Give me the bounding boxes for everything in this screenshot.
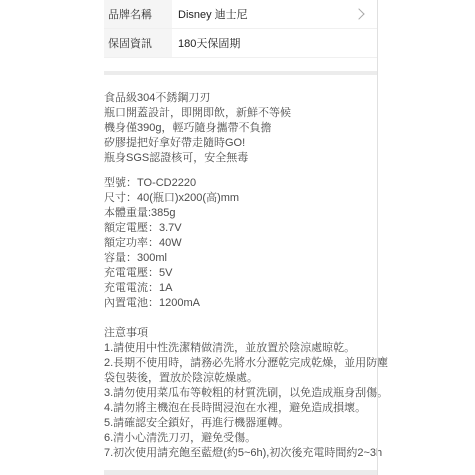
warranty-row: 保固資訊 180天保固期 [104,29,377,58]
spec-line: 型號：TO-CD2220 [104,176,377,191]
page-right-edge-divider [377,0,378,475]
brand-label: 品牌名稱 [104,0,172,28]
note-line: 袋包裝後，置放於陰涼乾燥處。 [104,371,377,386]
note-line: 4.請勿將主機泡在長時間浸泡在水裡，避免造成損壞。 [104,401,377,416]
spec-line: 內置電池：1200mA [104,296,377,311]
spec-line: 充電電壓：5V [104,266,377,281]
note-line: 3.請勿使用菜瓜布等較粗的材質洗刷，以免造成瓶身刮傷。 [104,386,377,401]
brand-value: Disney 迪士尼 [172,0,355,28]
description-line: 瓶口開蓋設計，即開即飲，新鮮不等候 [104,106,377,121]
warranty-label: 保固資訊 [104,29,172,57]
product-description-body: 食品級304不銹鋼刀刃 瓶口開蓋設計，即開即飲，新鮮不等候 機身僅390g，輕巧… [104,75,377,461]
spec-line: 額定功率：40W [104,236,377,251]
spec-line: 本體重量:385g [104,206,377,221]
section-separator-bottom [104,470,377,475]
note-line: 6.清小心清洗刀刃，避免受傷。 [104,431,377,446]
description-line: 機身僅390g，輕巧隨身攜帶不負擔 [104,121,377,136]
note-line: 5.請確認安全鎖好，再進行機器運轉。 [104,416,377,431]
product-description: 食品級304不銹鋼刀刃 瓶口開蓋設計，即開即飲，新鮮不等候 機身僅390g，輕巧… [104,91,377,166]
chevron-right-icon [353,8,364,19]
notes-heading: 注意事項 [104,326,377,341]
spec-line: 充電電流：1A [104,281,377,296]
description-line: 矽膠提把好拿好帶走隨時GO! [104,136,377,151]
description-line: 瓶身SGS認證核可，安全無毒 [104,151,377,166]
description-line: 食品級304不銹鋼刀刃 [104,91,377,106]
notes-section: 注意事項 1.請使用中性洗潔精做清洗，並放置於陰涼處晾乾。 2.長期不使用時，請… [104,326,377,461]
brand-row[interactable]: 品牌名稱 Disney 迪士尼 [104,0,377,29]
product-specs: 型號：TO-CD2220 尺寸：40(瓶口)x200(高)mm 本體重量:385… [104,176,377,311]
rows-bottom-gap [104,58,377,71]
note-line: 7.初次使用請充飽至藍燈(約5~6h),初次後充電時間約2~3h [104,446,377,461]
note-line: 1.請使用中性洗潔精做清洗，並放置於陰涼處晾乾。 [104,341,377,356]
spec-line: 額定電壓：3.7V [104,221,377,236]
spec-line: 容量：300ml [104,251,377,266]
spec-line: 尺寸：40(瓶口)x200(高)mm [104,191,377,206]
product-info-panel: 品牌名稱 Disney 迪士尼 保固資訊 180天保固期 食品級304不銹鋼刀刃… [104,0,377,461]
product-detail-screen: { "attribute_rows": { "brand": { "label"… [0,0,475,475]
warranty-value: 180天保固期 [172,29,377,57]
note-line: 2.長期不使用時，請務必先將水分瀝乾完成乾燥，並用防塵 [104,356,377,371]
